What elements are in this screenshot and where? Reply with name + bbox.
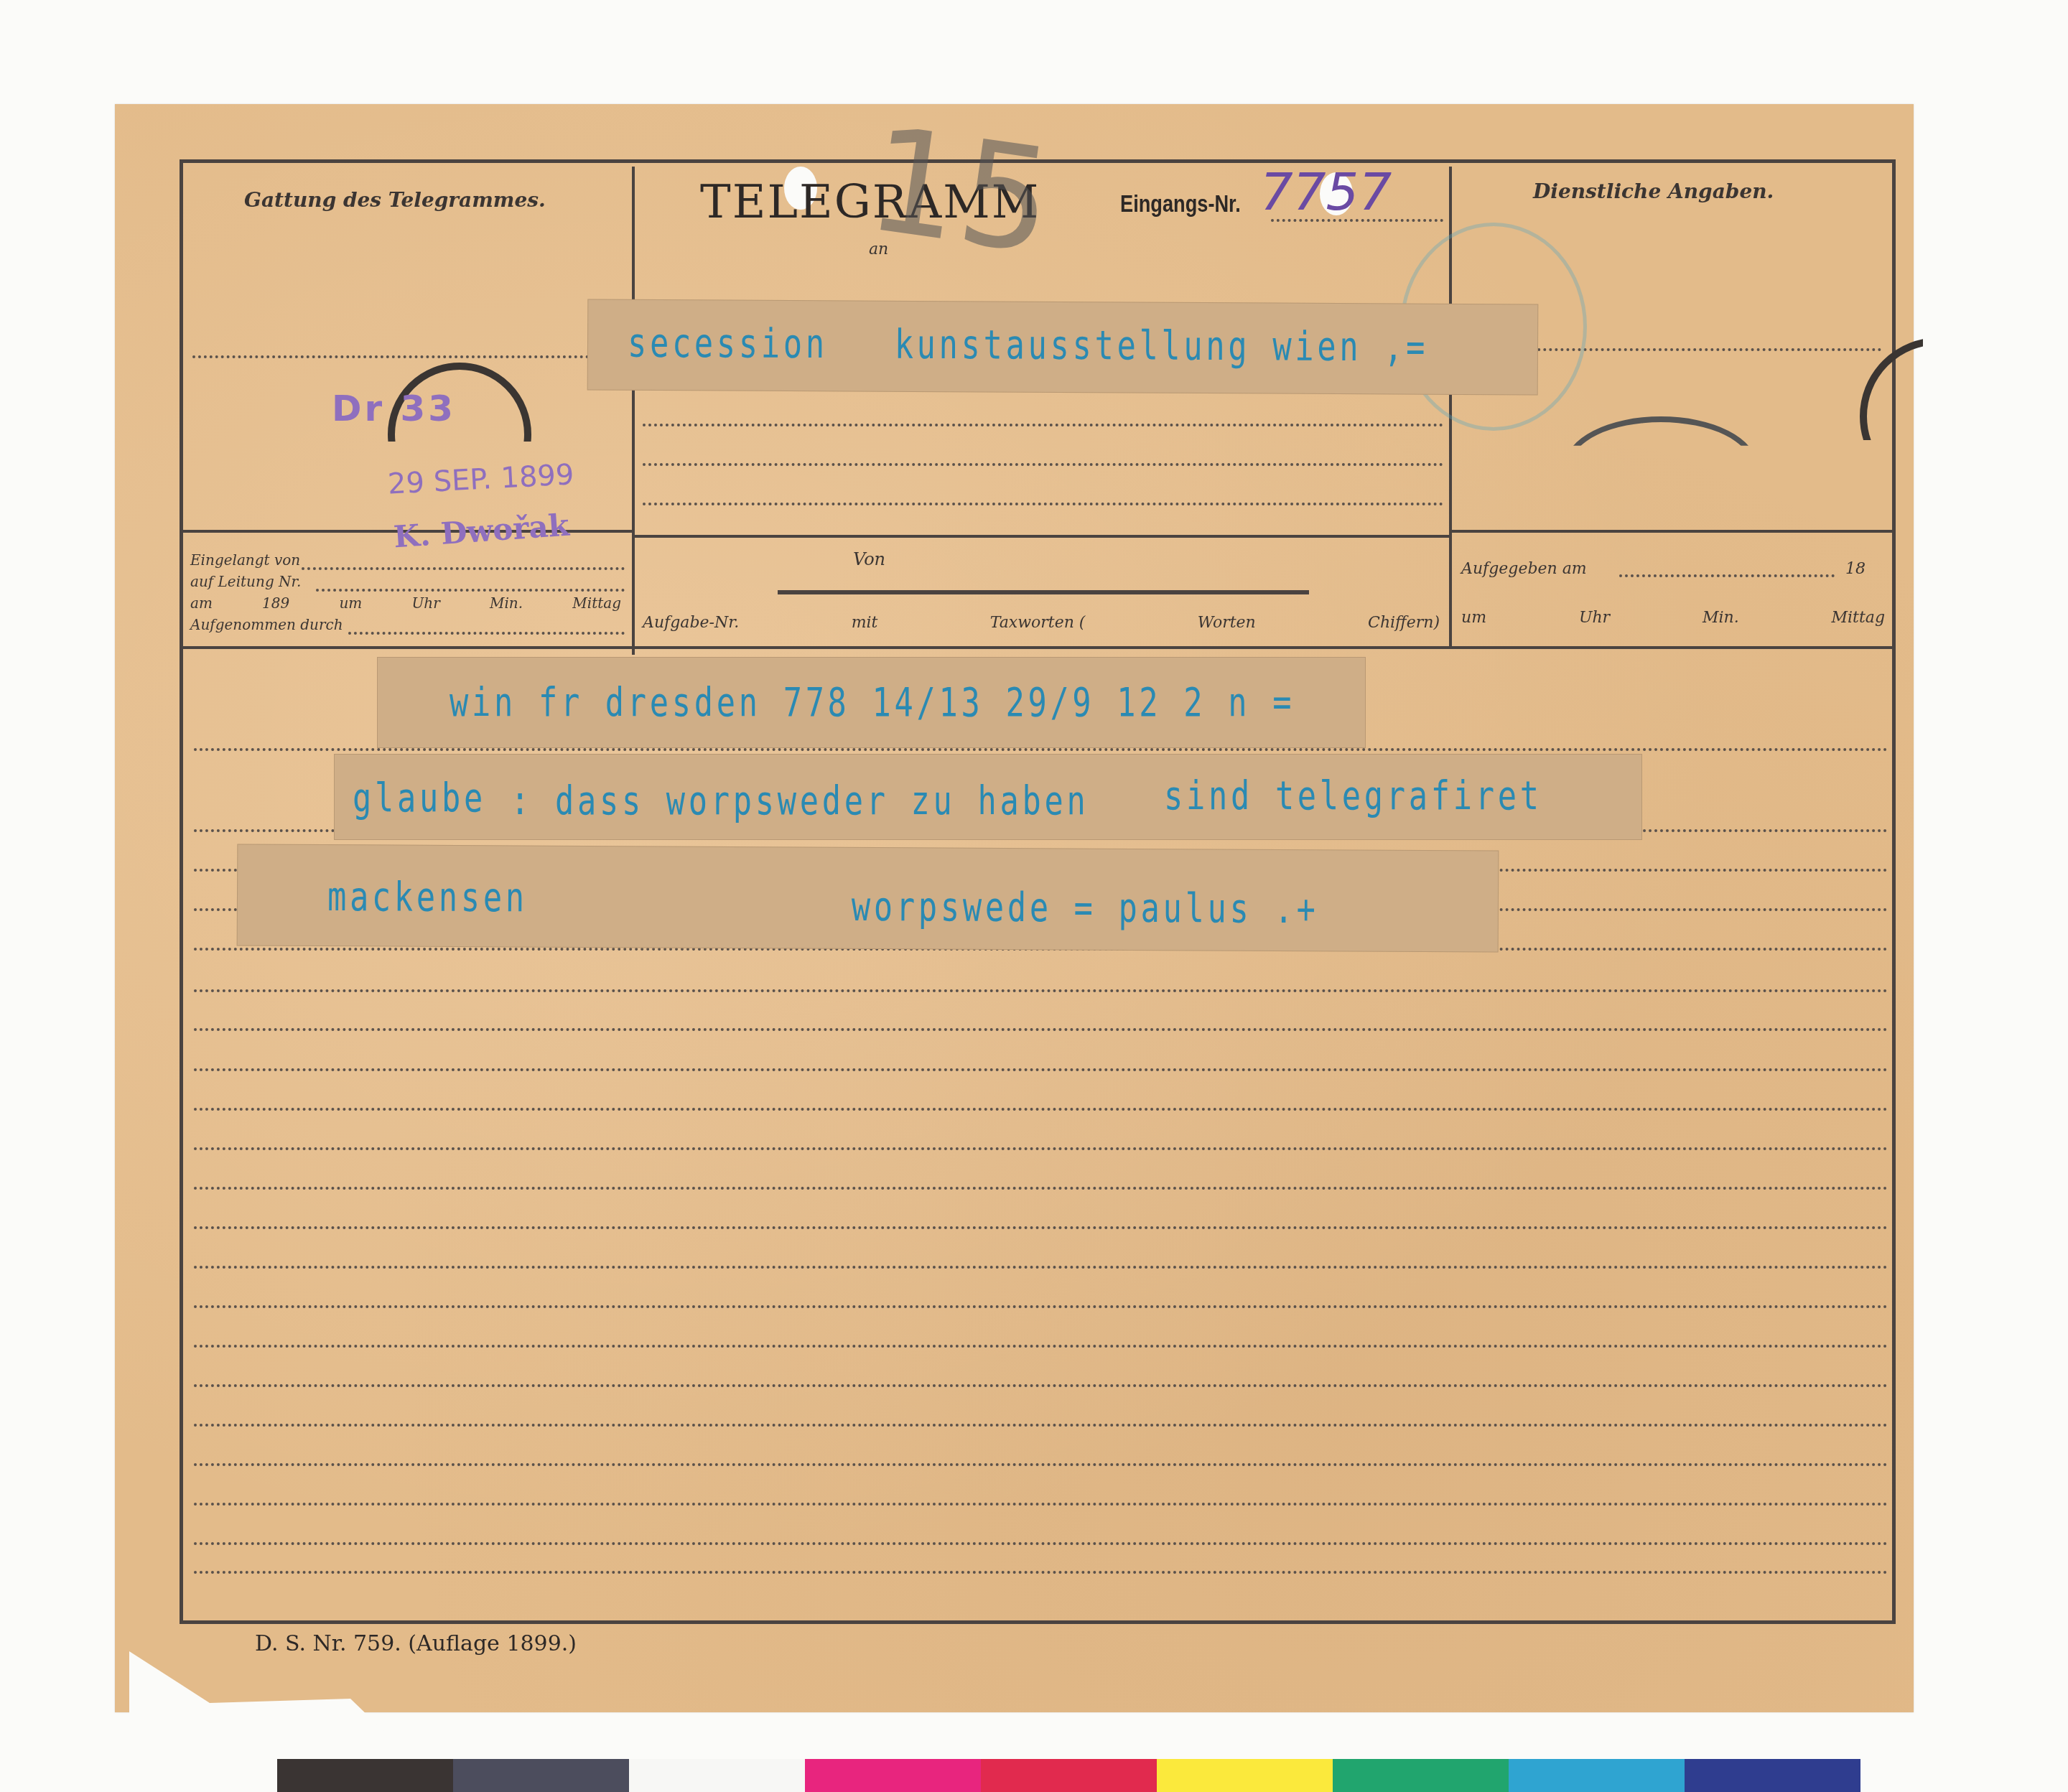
mittag-label: Mittag	[1832, 609, 1885, 627]
message-text-2: sind telegrafiret	[1164, 773, 1542, 819]
um-label: um	[339, 594, 362, 612]
am-label: am	[190, 594, 213, 612]
address-strip: secession kunstausstellung wien ,=	[587, 299, 1539, 396]
von-line	[778, 590, 1309, 594]
field-rule	[316, 589, 625, 592]
dotted-rule	[643, 424, 1443, 426]
uhr-label: Uhr	[412, 594, 440, 612]
field-rule	[302, 567, 625, 570]
field-eingelangt: Eingelangt von	[190, 551, 300, 569]
field-rule	[1619, 574, 1835, 577]
uhr-label: Uhr	[1579, 609, 1610, 627]
color-calibration-bar	[277, 1759, 1860, 1792]
field-aufgegeben: Aufgegeben am	[1461, 560, 1587, 578]
mit-label: mit	[852, 614, 878, 632]
field-am-line: am 189 um Uhr Min. Mittag	[190, 594, 621, 612]
field-leitung: auf Leitung Nr.	[190, 573, 301, 590]
field-rule	[348, 632, 625, 635]
header-gattung: Gattung des Telegrammes.	[244, 188, 546, 212]
swatch-cyan	[1509, 1759, 1685, 1792]
form-footer: D. S. Nr. 759. (Auflage 1899.)	[255, 1631, 577, 1656]
field-aufgabe-line: Aufgabe-Nr. mit Taxworten ( Worten Chiff…	[643, 614, 1440, 632]
transmission-line: win fr dresden 778 14/13 29/9 12 2 n =	[450, 679, 1295, 726]
year-prefix: 18	[1845, 560, 1866, 578]
message-signature: worpswede = paulus .+	[852, 884, 1319, 933]
field-aufgenommen: Aufgenommen durch	[190, 616, 343, 633]
divider	[632, 167, 635, 655]
message-text-1: : dass worpsweder zu haben	[511, 778, 1089, 824]
swatch-blue	[1685, 1759, 1860, 1792]
eingangs-number-handwritten: 7757	[1260, 162, 1392, 222]
aufgabe-nr-label: Aufgabe-Nr.	[643, 614, 739, 632]
header-strip: win fr dresden 778 14/13 29/9 12 2 n =	[377, 657, 1366, 748]
dotted-rule	[643, 463, 1443, 466]
swatch-magenta	[805, 1759, 981, 1792]
worten-label: Worten	[1198, 614, 1256, 632]
um-label: um	[1461, 609, 1486, 627]
year-label: 189	[262, 594, 289, 612]
swatch-white	[629, 1759, 805, 1792]
address-text: secession kunstausstellung wien ,=	[628, 320, 1429, 371]
dotted-rule	[192, 355, 623, 358]
mittag-label: Mittag	[572, 594, 621, 612]
swatch-gray	[453, 1759, 629, 1792]
field-um-line: um Uhr Min. Mittag	[1461, 609, 1885, 627]
field-von: Von	[853, 549, 885, 569]
dotted-rule	[643, 503, 1443, 505]
min-label: Min.	[1703, 609, 1739, 627]
taxworten-label: Taxworten (	[990, 614, 1086, 632]
swatch-black	[277, 1759, 453, 1792]
message-word-glaube: glaube	[353, 775, 486, 821]
message-recipient: mackensen	[327, 874, 528, 921]
divider	[1449, 530, 1894, 533]
header-dienstliche: Dienstliche Angaben.	[1533, 179, 1774, 203]
swatch-green	[1333, 1759, 1509, 1792]
min-label: Min.	[490, 594, 523, 612]
divider	[180, 646, 1896, 649]
message-strip-2: mackensen worpswede = paulus .+	[237, 844, 1499, 952]
pencil-number: 15	[858, 95, 1062, 286]
eingangs-label: Eingangs-Nr.	[1120, 190, 1241, 218]
divider	[632, 535, 1450, 538]
swatch-red	[981, 1759, 1157, 1792]
swatch-yellow	[1157, 1759, 1333, 1792]
message-strip-1: glaube : dass worpsweder zu haben sind t…	[334, 754, 1642, 840]
chiffern-label: Chiffern)	[1368, 614, 1440, 632]
stamp-office: Dr 33	[332, 388, 456, 429]
